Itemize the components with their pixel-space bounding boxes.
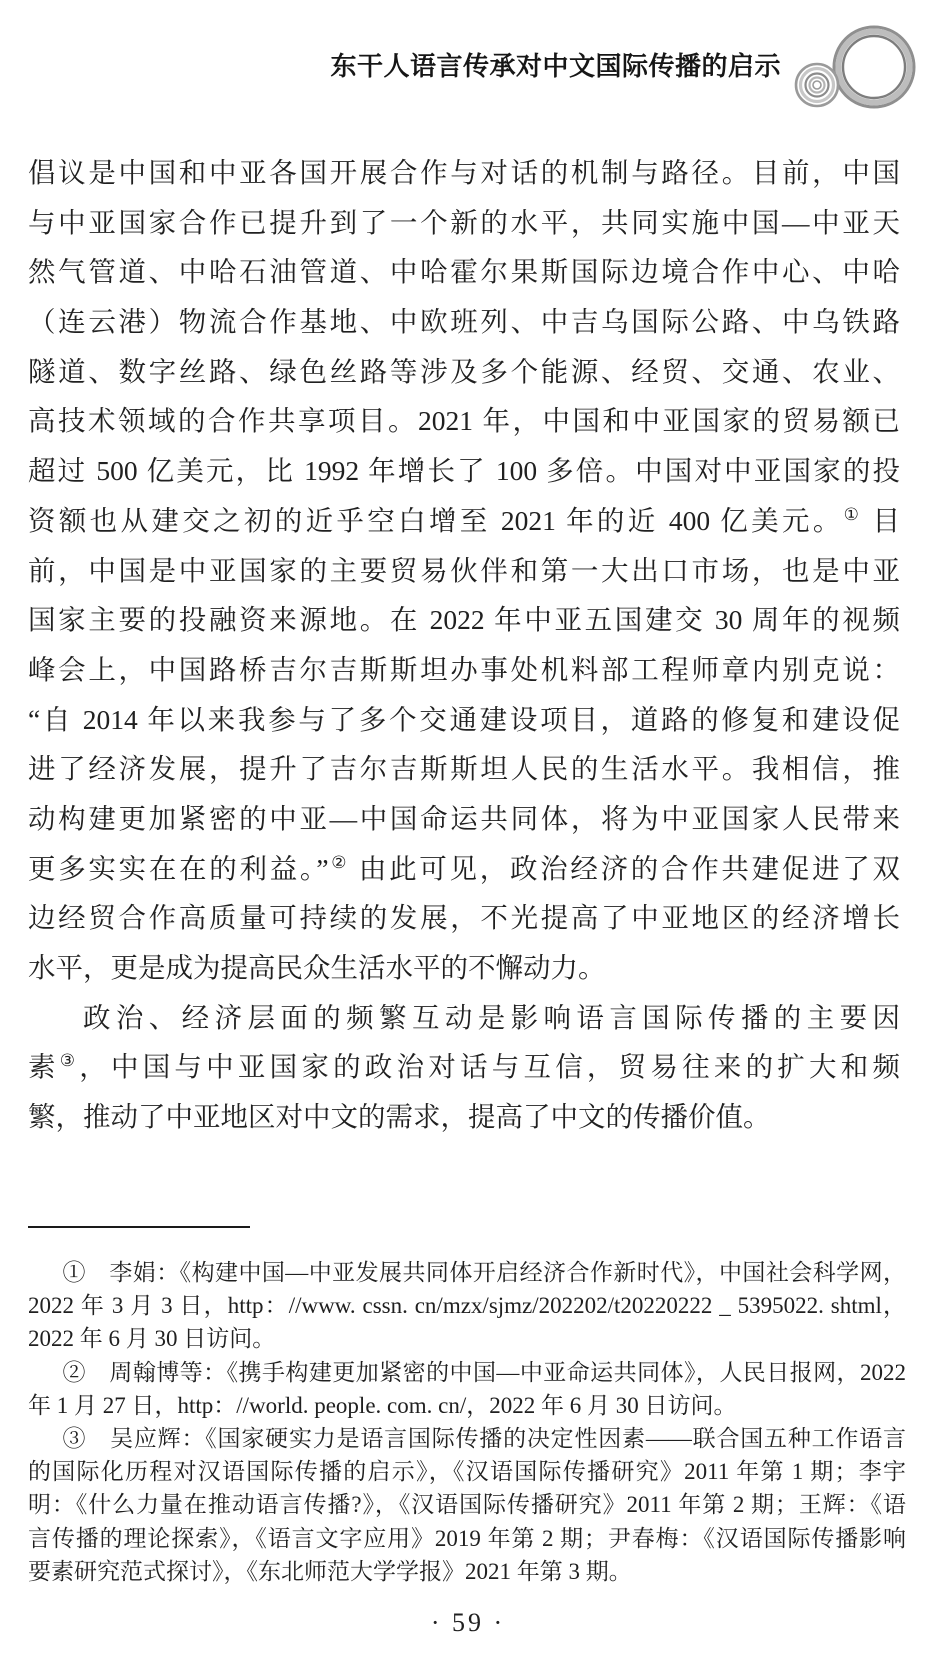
page-number: · 59 · <box>0 1608 936 1638</box>
body-line: 隧道、数字丝路、绿色丝路等涉及多个能源、经贸、交通、农业、 <box>28 347 900 397</box>
body-line: “自 2014 年以来我参与了多个交通建设项目，道路的修复和建设促 <box>28 695 900 745</box>
body-line: 进了经济发展，提升了吉尔吉斯斯坦人民的生活水平。我相信，推 <box>28 744 900 794</box>
body-line: （连云港）物流合作基地、中欧班列、中吉乌国际公路、中乌铁路 <box>28 297 900 347</box>
double-rings-icon <box>794 22 916 116</box>
body-line: 素③，中国与中亚国家的政治对话与互信，贸易往来的扩大和频 <box>28 1042 900 1092</box>
body-line: 高技术领域的合作共享项目。2021 年，中国和中亚国家的贸易额已 <box>28 396 900 446</box>
footnote-1-line: 2022 年 6 月 30 日访问。 <box>28 1322 906 1355</box>
body-line: 然气管道、中哈石油管道、中哈霍尔果斯国际边境合作中心、中哈 <box>28 247 900 297</box>
footnote-1-line: ① 李娟：《构建中国—中亚发展共同体开启经济合作新时代》，中国社会科学网， <box>28 1256 906 1289</box>
body-line: 前，中国是中亚国家的主要贸易伙伴和第一大出口市场，也是中亚 <box>28 546 900 596</box>
footnote-3-line: 明：《什么力量在推动语言传播?》，《汉语国际传播研究》2011 年第 2 期；王… <box>28 1488 906 1521</box>
body-line: 与中亚国家合作已提升到了一个新的水平，共同实施中国—中亚天 <box>28 198 900 248</box>
footnote-3-line: 言传播的理论探索》，《语言文字应用》2019 年第 2 期；尹春梅：《汉语国际传… <box>28 1522 906 1555</box>
body-line: 资额也从建交之初的近乎空白增至 2021 年的近 400 亿美元。① 目 <box>28 496 900 546</box>
footnote-3-line: ③ 吴应辉：《国家硬实力是语言国际传播的决定性因素——联合国五种工作语言 <box>28 1422 906 1455</box>
footnote-3-line: 的国际化历程对汉语国际传播的启示》，《汉语国际传播研究》2011 年第 1 期；… <box>28 1455 906 1488</box>
body-line: 动构建更加紧密的中亚—中国命运共同体，将为中亚国家人民带来 <box>28 794 900 844</box>
running-head-title: 东干人语言传承对中文国际传播的启示 <box>330 46 781 83</box>
body-line: 更多实实在在的利益。”② 由此可见，政治经济的合作共建促进了双 <box>28 844 900 894</box>
body-line: 倡议是中国和中亚各国开展合作与对话的机制与路径。目前，中国 <box>28 148 900 198</box>
body-line: 超过 500 亿美元，比 1992 年增长了 100 多倍。中国对中亚国家的投 <box>28 446 900 496</box>
footnotes-section: ① 李娟：《构建中国—中亚发展共同体开启经济合作新时代》，中国社会科学网， 20… <box>28 1226 906 1588</box>
book-page: 东干人语言传承对中文国际传播的启示 倡议是中国和中亚各国开展合作与对话的机制与路… <box>0 0 936 1680</box>
footnote-1-line: 2022 年 3 月 3 日，http：//www. cssn. cn/mzx/… <box>28 1289 906 1322</box>
body-line: 水平，更是成为提高民众生活水平的不懈动力。 <box>28 943 900 993</box>
body-line: 繁，推动了中亚地区对中文的需求，提高了中文的传播价值。 <box>28 1092 900 1142</box>
footnote-divider <box>28 1226 250 1228</box>
body-line: 国家主要的投融资来源地。在 2022 年中亚五国建交 30 周年的视频 <box>28 595 900 645</box>
body-line: 政治、经济层面的频繁互动是影响语言国际传播的主要因 <box>28 993 900 1043</box>
footnote-2-line: 年 1 月 27 日，http：//world. people. com. cn… <box>28 1389 906 1422</box>
body-text: 倡议是中国和中亚各国开展合作与对话的机制与路径。目前，中国 与中亚国家合作已提升… <box>28 148 900 1142</box>
body-line: 峰会上，中国路桥吉尔吉斯斯坦办事处机料部工程师章内别克说： <box>28 645 900 695</box>
body-line: 边经贸合作高质量可持续的发展，不光提高了中亚地区的经济增长 <box>28 893 900 943</box>
footnote-3-line: 要素研究范式探讨》，《东北师范大学学报》2021 年第 3 期。 <box>28 1555 906 1588</box>
footnote-2-line: ② 周翰博等：《携手构建更加紧密的中国—中亚命运共同体》，人民日报网，2022 <box>28 1356 906 1389</box>
